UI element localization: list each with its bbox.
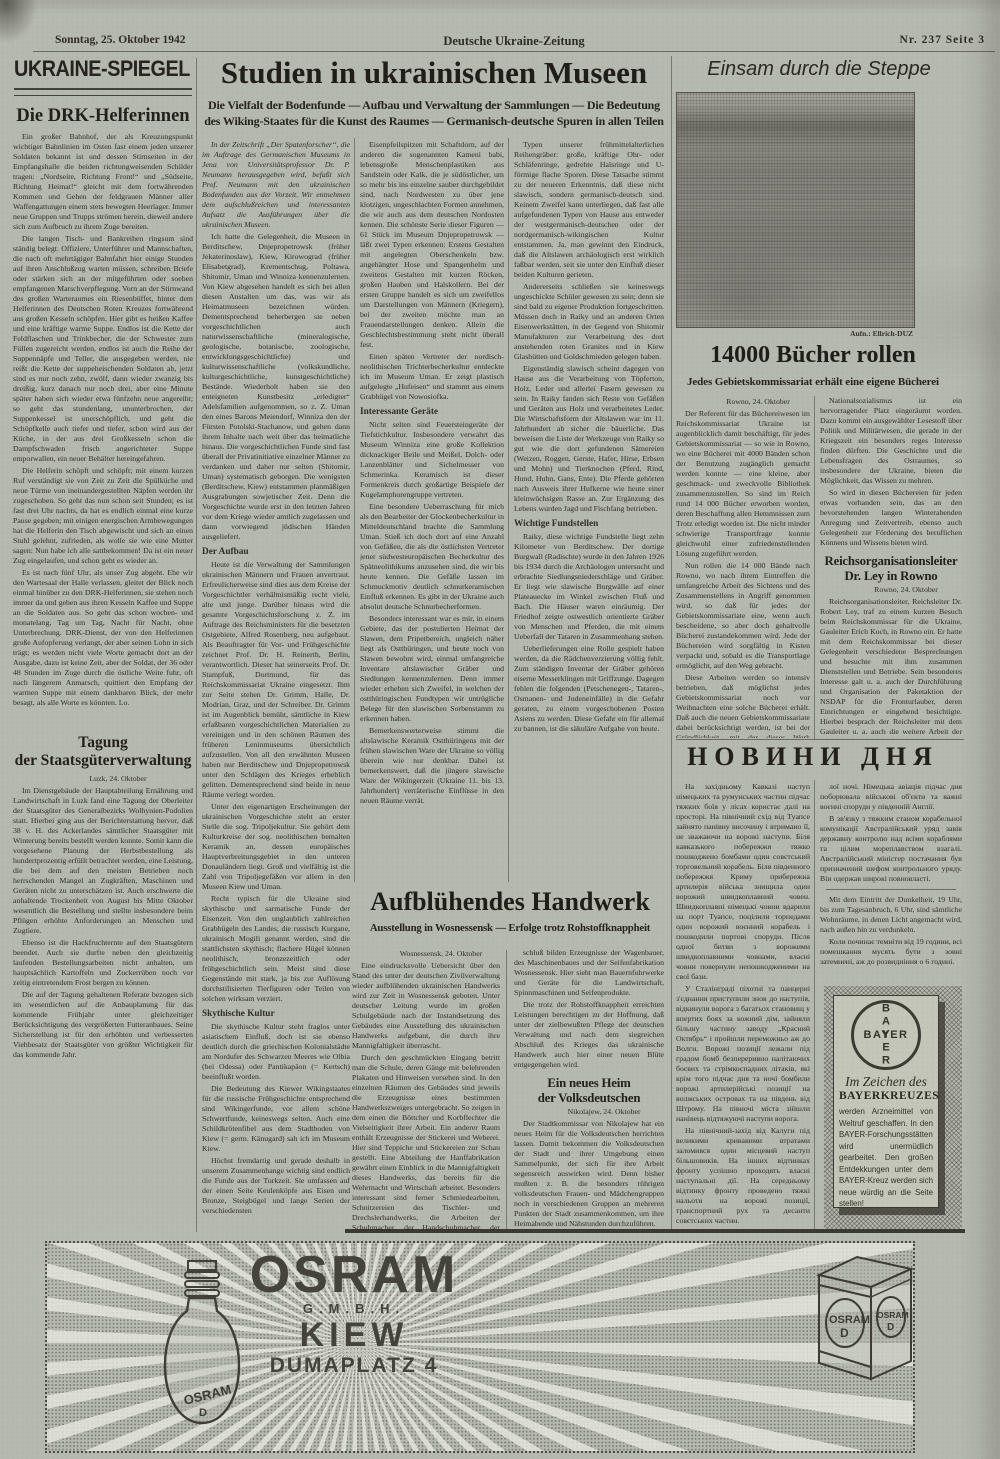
bayer-advertisement: BAYER BAYER Im Zeichen des BAYERKREUZES … bbox=[824, 986, 962, 1230]
body-paragraph: Die trotz der Rohstoffknappheit erreicht… bbox=[514, 1000, 664, 1070]
article-headline-drk: Die DRK-Helferinnen bbox=[13, 106, 193, 126]
novyny-column-2: лої ночі. Німецька авіація підчас дня по… bbox=[820, 782, 962, 982]
museen-column-2: Eisenpfeilspitzen mit Schaftdorn, auf de… bbox=[360, 140, 504, 884]
spiegel-underline bbox=[14, 88, 192, 96]
body-paragraph: Besonders interessant war es mir, in ein… bbox=[360, 614, 504, 724]
article-headline-buecher: 14000 Bücher rollen bbox=[660, 342, 966, 368]
body-paragraph: Bemerkenswerterweise stimmt die altslawi… bbox=[360, 726, 504, 806]
article-headline-handwerk: Aufblühendes Handwerk bbox=[350, 888, 670, 916]
body-paragraph: Durch den geschmückten Eingang betritt m… bbox=[352, 1053, 500, 1230]
body-paragraph: На єгипетському фронті надалі оживлені д… bbox=[676, 1228, 810, 1230]
dateline: Luzk, 24. Oktober bbox=[13, 774, 193, 784]
photo-credit: Aufn.: Ellrich-DUZ bbox=[790, 329, 913, 338]
left-rail: Die DRK-Helferinnen Ein großer Bahnhof, … bbox=[13, 96, 193, 1232]
column-rule-m1 bbox=[354, 138, 355, 882]
column-rule-left bbox=[196, 58, 197, 1232]
article-body-drk: Ein großer Bahnhof, der als Kreuzungspun… bbox=[13, 132, 193, 708]
light-bulb-icon: OSRAM D bbox=[147, 1253, 257, 1443]
novyny-column-1: На західньому Кавказі наступ німецьких т… bbox=[676, 782, 810, 1230]
bayer-ad-intro: Im Zeichen des bbox=[839, 1074, 933, 1089]
svg-text:D: D bbox=[887, 1322, 894, 1333]
body-paragraph: Mit dem Eintritt der Dunkelheit, 19 Uhr,… bbox=[820, 895, 962, 935]
body-paragraph: So wird in diesen Büchereien für jeden e… bbox=[820, 488, 962, 548]
photo-caption: Einsam durch die Steppe bbox=[676, 58, 962, 81]
bayer-panel: BAYER BAYER Im Zeichen des BAYERKREUZES … bbox=[833, 995, 939, 1208]
article-headline: Reichsorganisationsleiter Dr. Ley in Row… bbox=[820, 554, 962, 583]
body-paragraph: Ein großer Bahnhof, der als Kreuzungspun… bbox=[13, 132, 193, 232]
buecher-column-1: Rowno, 24. OktoberDer Referent für das B… bbox=[676, 396, 810, 738]
column-rule bbox=[826, 889, 956, 890]
body-paragraph: Unter den eigenartigen Erscheinungen der… bbox=[202, 802, 350, 892]
rule-above-novyny bbox=[676, 739, 964, 740]
article-headline: Ein neues Heim der Volksdeutschen bbox=[514, 1076, 664, 1105]
handwerk-column-1: Wosnessensk, 24. OktoberEine eindrucksvo… bbox=[352, 948, 500, 1230]
body-paragraph: Der Stadtkommissar von Nikolajew hat ein… bbox=[514, 1119, 664, 1229]
section-title-ukraine-spiegel: UKRAINE-SPIEGEL bbox=[14, 56, 174, 82]
svg-text:OSRAM: OSRAM bbox=[829, 1314, 870, 1326]
column-rule-m2 bbox=[508, 138, 509, 882]
body-paragraph: У Сталінграді піхотні та панцерні з'єдна… bbox=[676, 984, 810, 1124]
dateline: Rowno, 24. Oktober bbox=[676, 397, 810, 407]
dateline: Rowno, 24. Oktober bbox=[820, 585, 962, 595]
body-paragraph: Eigenständig slawisch scheint dagegen vo… bbox=[514, 364, 664, 514]
museen-column-1: In der Zeitschrift „Der Spatenforscher“,… bbox=[202, 140, 350, 1230]
intro-paragraph: In der Zeitschrift „Der Spatenforscher“,… bbox=[202, 140, 350, 230]
body-paragraph: Der Referent für das Büchereiwesen im Re… bbox=[676, 409, 810, 559]
column-subhead: Der Aufbau bbox=[202, 546, 350, 558]
column-subhead: Skythische Kultur bbox=[202, 1008, 350, 1020]
body-paragraph: В зв'язку з тяжким станом корабельної ко… bbox=[820, 814, 962, 884]
body-paragraph: Raiky, diese wichtige Fundstelle liegt z… bbox=[514, 532, 664, 642]
dateline: Nikolajew, 24. Oktober bbox=[514, 1107, 664, 1117]
body-paragraph: Typen unserer frühmittelalterlichen Reih… bbox=[514, 140, 664, 280]
masthead-title: Deutsche Ukraine-Zeitung bbox=[33, 34, 995, 49]
body-paragraph: Коли починає темніти від 19 години, всі … bbox=[820, 937, 962, 967]
body-paragraph: Eine besondere Ueberraschung für mich al… bbox=[360, 502, 504, 612]
body-paragraph: Im Dienstgebäude der Hauptabteilung Ernä… bbox=[13, 786, 193, 936]
osram-city: KIEW bbox=[250, 1317, 459, 1353]
body-paragraph: Recht typisch für die Ukraine sind skyth… bbox=[202, 894, 350, 1004]
buecher-column-2: Nationalsozialismus ist ein hervorragend… bbox=[820, 396, 962, 738]
steppe-photo bbox=[676, 92, 915, 328]
masthead-issue-page: Nr. 237 Seite 3 bbox=[900, 34, 985, 46]
body-paragraph: Die langen Tisch- und Bankreihen ringsum… bbox=[13, 234, 193, 464]
body-paragraph: На північний-захід від Калуги під велики… bbox=[676, 1126, 810, 1226]
osram-advertisement: OSRAM D OSRAM G.M.B.H. KIEW DUMAPLATZ 4 … bbox=[45, 1241, 915, 1453]
body-paragraph: Höchst fremdartig und gerade deshalb in … bbox=[202, 1156, 350, 1216]
svg-text:D: D bbox=[199, 1407, 207, 1419]
osram-address: DUMAPLATZ 4 bbox=[250, 1353, 459, 1379]
body-paragraph: Eisenpfeilspitzen mit Schaftdorn, auf de… bbox=[360, 140, 504, 350]
dateline: Wosnessensk, 24. Oktober bbox=[352, 949, 500, 959]
osram-box-graphic: OSRAM D OSRAM D bbox=[805, 1245, 915, 1395]
article-subhead-handwerk: Ausstellung in Wosnessensk — Erfolge tro… bbox=[348, 922, 672, 934]
column-rule-r2 bbox=[814, 780, 815, 1232]
osram-ad-text: OSRAM G.M.B.H. KIEW DUMAPLATZ 4 bbox=[250, 1249, 459, 1379]
main-headline: Studien in ukrainischen Museen bbox=[200, 56, 668, 90]
body-paragraph: Die auf der Tagung gehaltenen Referate b… bbox=[13, 990, 193, 1060]
body-paragraph: Die Helferin schöpft und schöpft; mit ei… bbox=[13, 466, 193, 566]
body-paragraph: Nicht selten sind Feuersteingeräte der T… bbox=[360, 420, 504, 500]
svg-text:D: D bbox=[840, 1326, 849, 1340]
body-paragraph: Andererseits schließen sie keineswegs un… bbox=[514, 282, 664, 362]
body-paragraph: Heute ist die Verwaltung der Sammlungen … bbox=[202, 560, 350, 800]
newspaper-page: Sonntag, 25. Oktober 1942 Deutsche Ukrai… bbox=[0, 0, 1000, 1459]
body-paragraph: Nationalsozialismus ist ein hervorragend… bbox=[820, 396, 962, 486]
body-paragraph: Ich hatte die Gelegenheit, die Museen in… bbox=[202, 232, 350, 542]
masthead-rule bbox=[33, 51, 995, 52]
column-rule-right-section bbox=[671, 56, 672, 1232]
body-paragraph: Es ist nach fünf Uhr, als unser Zug abge… bbox=[13, 568, 193, 708]
masthead: Sonntag, 25. Oktober 1942 Deutsche Ukrai… bbox=[33, 34, 995, 50]
svg-text:OSRAM: OSRAM bbox=[877, 1310, 909, 1320]
column-rule-r1 bbox=[814, 396, 815, 740]
handwerk-column-2: schluß bilden Erzeugnisse der Wagenbauer… bbox=[514, 948, 664, 1230]
body-paragraph: Reichsorganisationsleiter, Reichsleiter … bbox=[820, 597, 962, 738]
article-body-tagung: Luzk, 24. OktoberIm Dienstgebäude der Ha… bbox=[13, 774, 193, 1060]
body-paragraph: Eine eindrucksvolle Uebersicht über den … bbox=[352, 961, 500, 1051]
body-paragraph: На західньому Кавказі наступ німецьких т… bbox=[676, 782, 810, 982]
body-paragraph: schluß bilden Erzeugnisse der Wagenbauer… bbox=[514, 948, 664, 998]
article-subhead-buecher: Jedes Gebietskommissariat erhält eine ei… bbox=[663, 376, 963, 388]
body-paragraph: Ebenso ist die Hackfruchternte auf den S… bbox=[13, 938, 193, 988]
osram-brand: OSRAM bbox=[250, 1249, 459, 1301]
body-paragraph: Die skythische Kultur steht fraglos unte… bbox=[202, 1022, 350, 1082]
bayer-logo-horizontal: BAYER bbox=[864, 1029, 909, 1041]
section-headline-novyny: НОВИНИ ДНЯ bbox=[660, 742, 966, 772]
body-paragraph: Ueberlieferungen eine Rolle gespielt hab… bbox=[514, 644, 664, 734]
article-headline-tagung: Tagung der Staatsgüterverwaltung bbox=[13, 734, 193, 770]
bayer-cross-icon: BAYER BAYER bbox=[851, 1000, 921, 1070]
bayer-ad-body: werden Arzneimittel von Weltruf geschaff… bbox=[839, 1106, 933, 1210]
body-paragraph: Diese Arbeiten werden so intensiv betrie… bbox=[676, 673, 810, 738]
museen-column-3: Typen unserer frühmittelalterlichen Reih… bbox=[514, 140, 664, 884]
body-paragraph: лої ночі. Німецька авіація підчас дня по… bbox=[820, 782, 962, 812]
body-paragraph: Die Bedeutung des Kiewer Wikingstaates f… bbox=[202, 1084, 350, 1154]
column-rule-handwerk bbox=[506, 950, 507, 1232]
body-paragraph: Einen späten Vertreter der nordisch-neol… bbox=[360, 352, 504, 402]
column-subhead: Interessante Geräte bbox=[360, 406, 504, 418]
bayer-ad-title: BAYERKREUZES bbox=[839, 1090, 933, 1102]
body-paragraph: Nun rollen die 14 000 Bände nach Rowno, … bbox=[676, 561, 810, 671]
column-subhead: Wichtige Fundstellen bbox=[514, 518, 664, 530]
main-subtitle: Die Vielfalt der Bodenfunde — Aufbau und… bbox=[198, 97, 670, 129]
